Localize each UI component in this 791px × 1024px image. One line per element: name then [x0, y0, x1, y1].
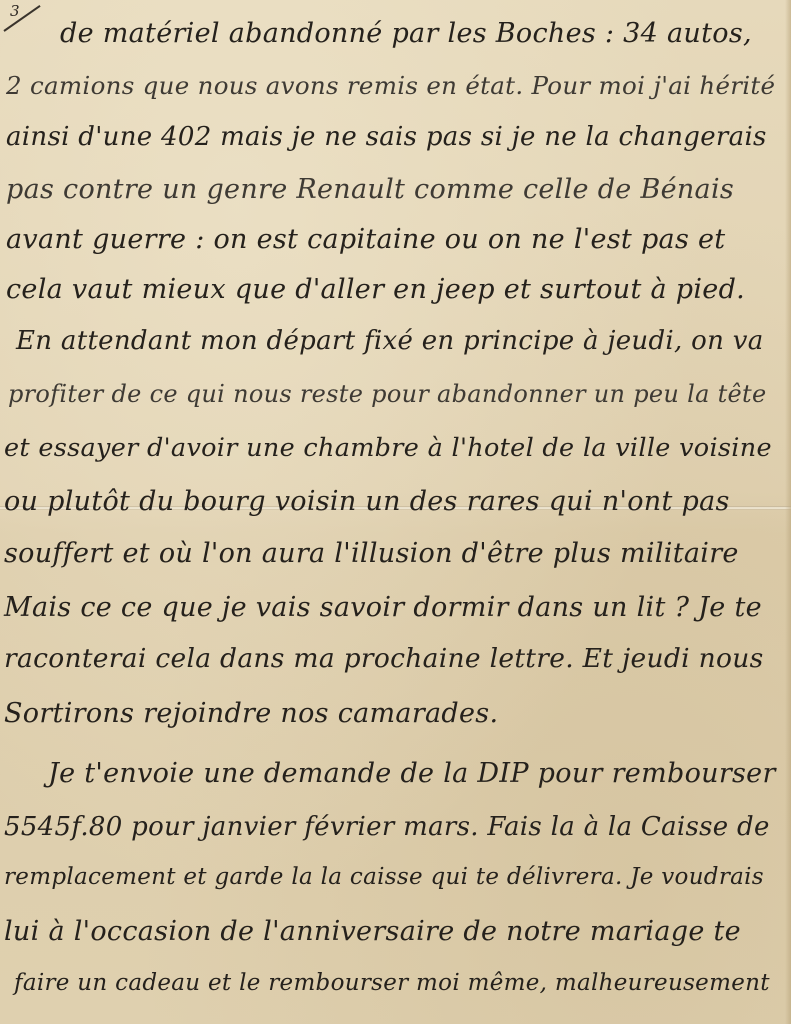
letter-line-6: cela vaut mieux que d'aller en jeep et s… [6, 276, 745, 303]
letter-page: 3 de matériel abandonné par les Boches :… [0, 0, 791, 1024]
letter-line-17: remplacement et garde la la caisse qui t… [4, 866, 764, 889]
letter-line-1: de matériel abandonné par les Boches : 3… [60, 20, 752, 47]
letter-line-14: Sortirons rejoindre nos camarades. [4, 700, 498, 727]
letter-line-19: faire un cadeau et le rembourser moi mêm… [14, 972, 770, 995]
page-number: 3 [10, 2, 20, 20]
letter-line-10: ou plutôt du bourg voisin un des rares q… [4, 488, 730, 515]
letter-line-16: 5545f.80 pour janvier février mars. Fais… [4, 814, 770, 840]
letter-line-12: Mais ce ce que je vais savoir dormir dan… [4, 594, 762, 621]
letter-line-11: souffert et où l'on aura l'illusion d'êt… [4, 540, 739, 567]
letter-line-7: En attendant mon départ fixé en principe… [16, 328, 764, 354]
letter-line-2: 2 camions que nous avons remis en état. … [6, 74, 775, 99]
letter-line-4: pas contre un genre Renault comme celle … [6, 176, 734, 203]
letter-line-9: et essayer d'avoir une chambre à l'hotel… [4, 436, 772, 462]
letter-line-5: avant guerre : on est capitaine ou on ne… [6, 226, 725, 253]
page-number-slash [3, 5, 40, 32]
letter-line-18: lui à l'occasion de l'anniversaire de no… [4, 918, 741, 945]
paper-edge-shadow [785, 0, 791, 1024]
letter-line-15: Je t'envoie une demande de la DIP pour r… [48, 760, 776, 787]
letter-line-3: ainsi d'une 402 mais je ne sais pas si j… [6, 124, 767, 150]
letter-line-8: profiter de ce qui nous reste pour aband… [8, 382, 767, 406]
letter-line-13: raconterai cela dans ma prochaine lettre… [4, 646, 763, 673]
